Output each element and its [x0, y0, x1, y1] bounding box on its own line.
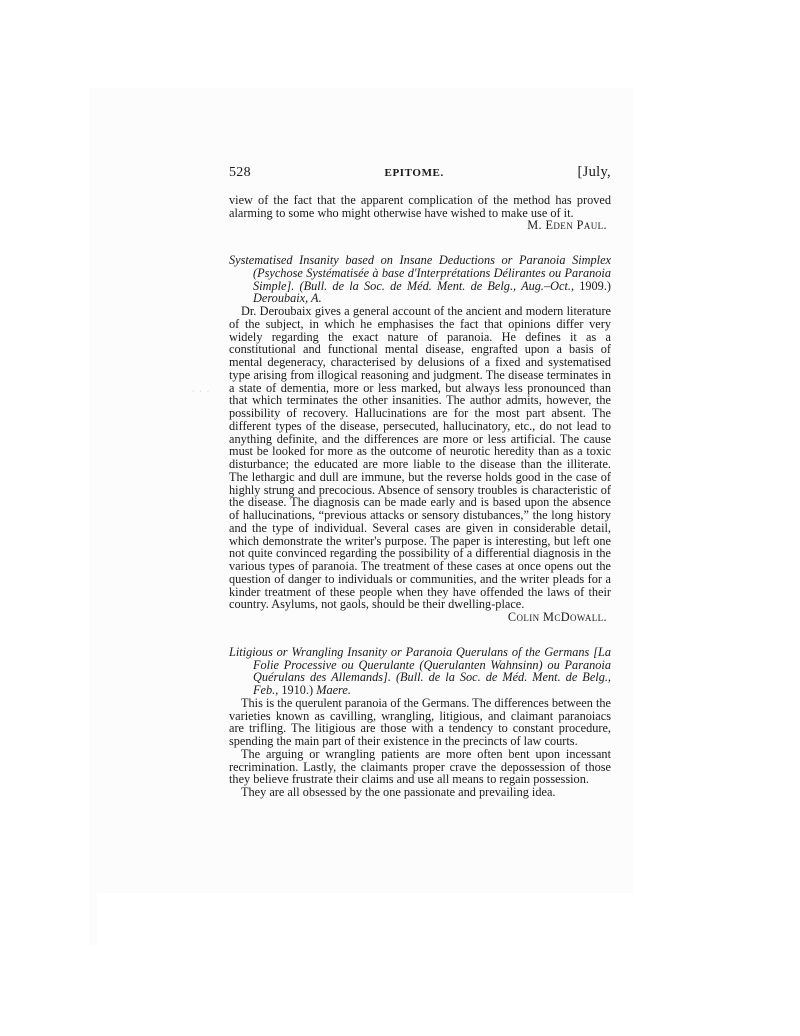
signature-colin-mcdowall: Colin McDowall. [229, 611, 611, 624]
article1-year: 1909.) [579, 279, 611, 293]
article2-paragraph: The arguing or wrangling patients are mo… [229, 748, 611, 786]
article2-author: Maere. [316, 683, 351, 697]
signature-eden-paul: M. Eden Paul. [229, 219, 611, 232]
continuation-paragraph: view of the fact that the apparent compl… [229, 194, 611, 220]
article1-source: (Bull. de la Soc. de Méd. Ment. de Belg.… [300, 279, 574, 293]
stray-ink-marks: · · · [192, 389, 211, 395]
running-title: EPITOME. [385, 167, 444, 180]
running-month: [July, [578, 166, 611, 179]
scan-edge-artifact [89, 893, 97, 945]
page-number: 528 [229, 167, 251, 180]
running-head: 528 EPITOME. [July, [229, 166, 611, 180]
article1-citation: Systematised Insanity based on Insane De… [229, 254, 611, 305]
article2-year: 1910.) [281, 683, 313, 697]
article2-paragraph: This is the querulent paranoia of the Ge… [229, 697, 611, 748]
article2-citation: Litigious or Wrangling Insanity or Paran… [229, 646, 611, 697]
page-text: 528 EPITOME. [July, view of the fact tha… [229, 166, 611, 799]
article2-paragraph: They are all obsessed by the one passion… [229, 786, 611, 799]
article1-body: Dr. Deroubaix gives a general account of… [229, 305, 611, 611]
